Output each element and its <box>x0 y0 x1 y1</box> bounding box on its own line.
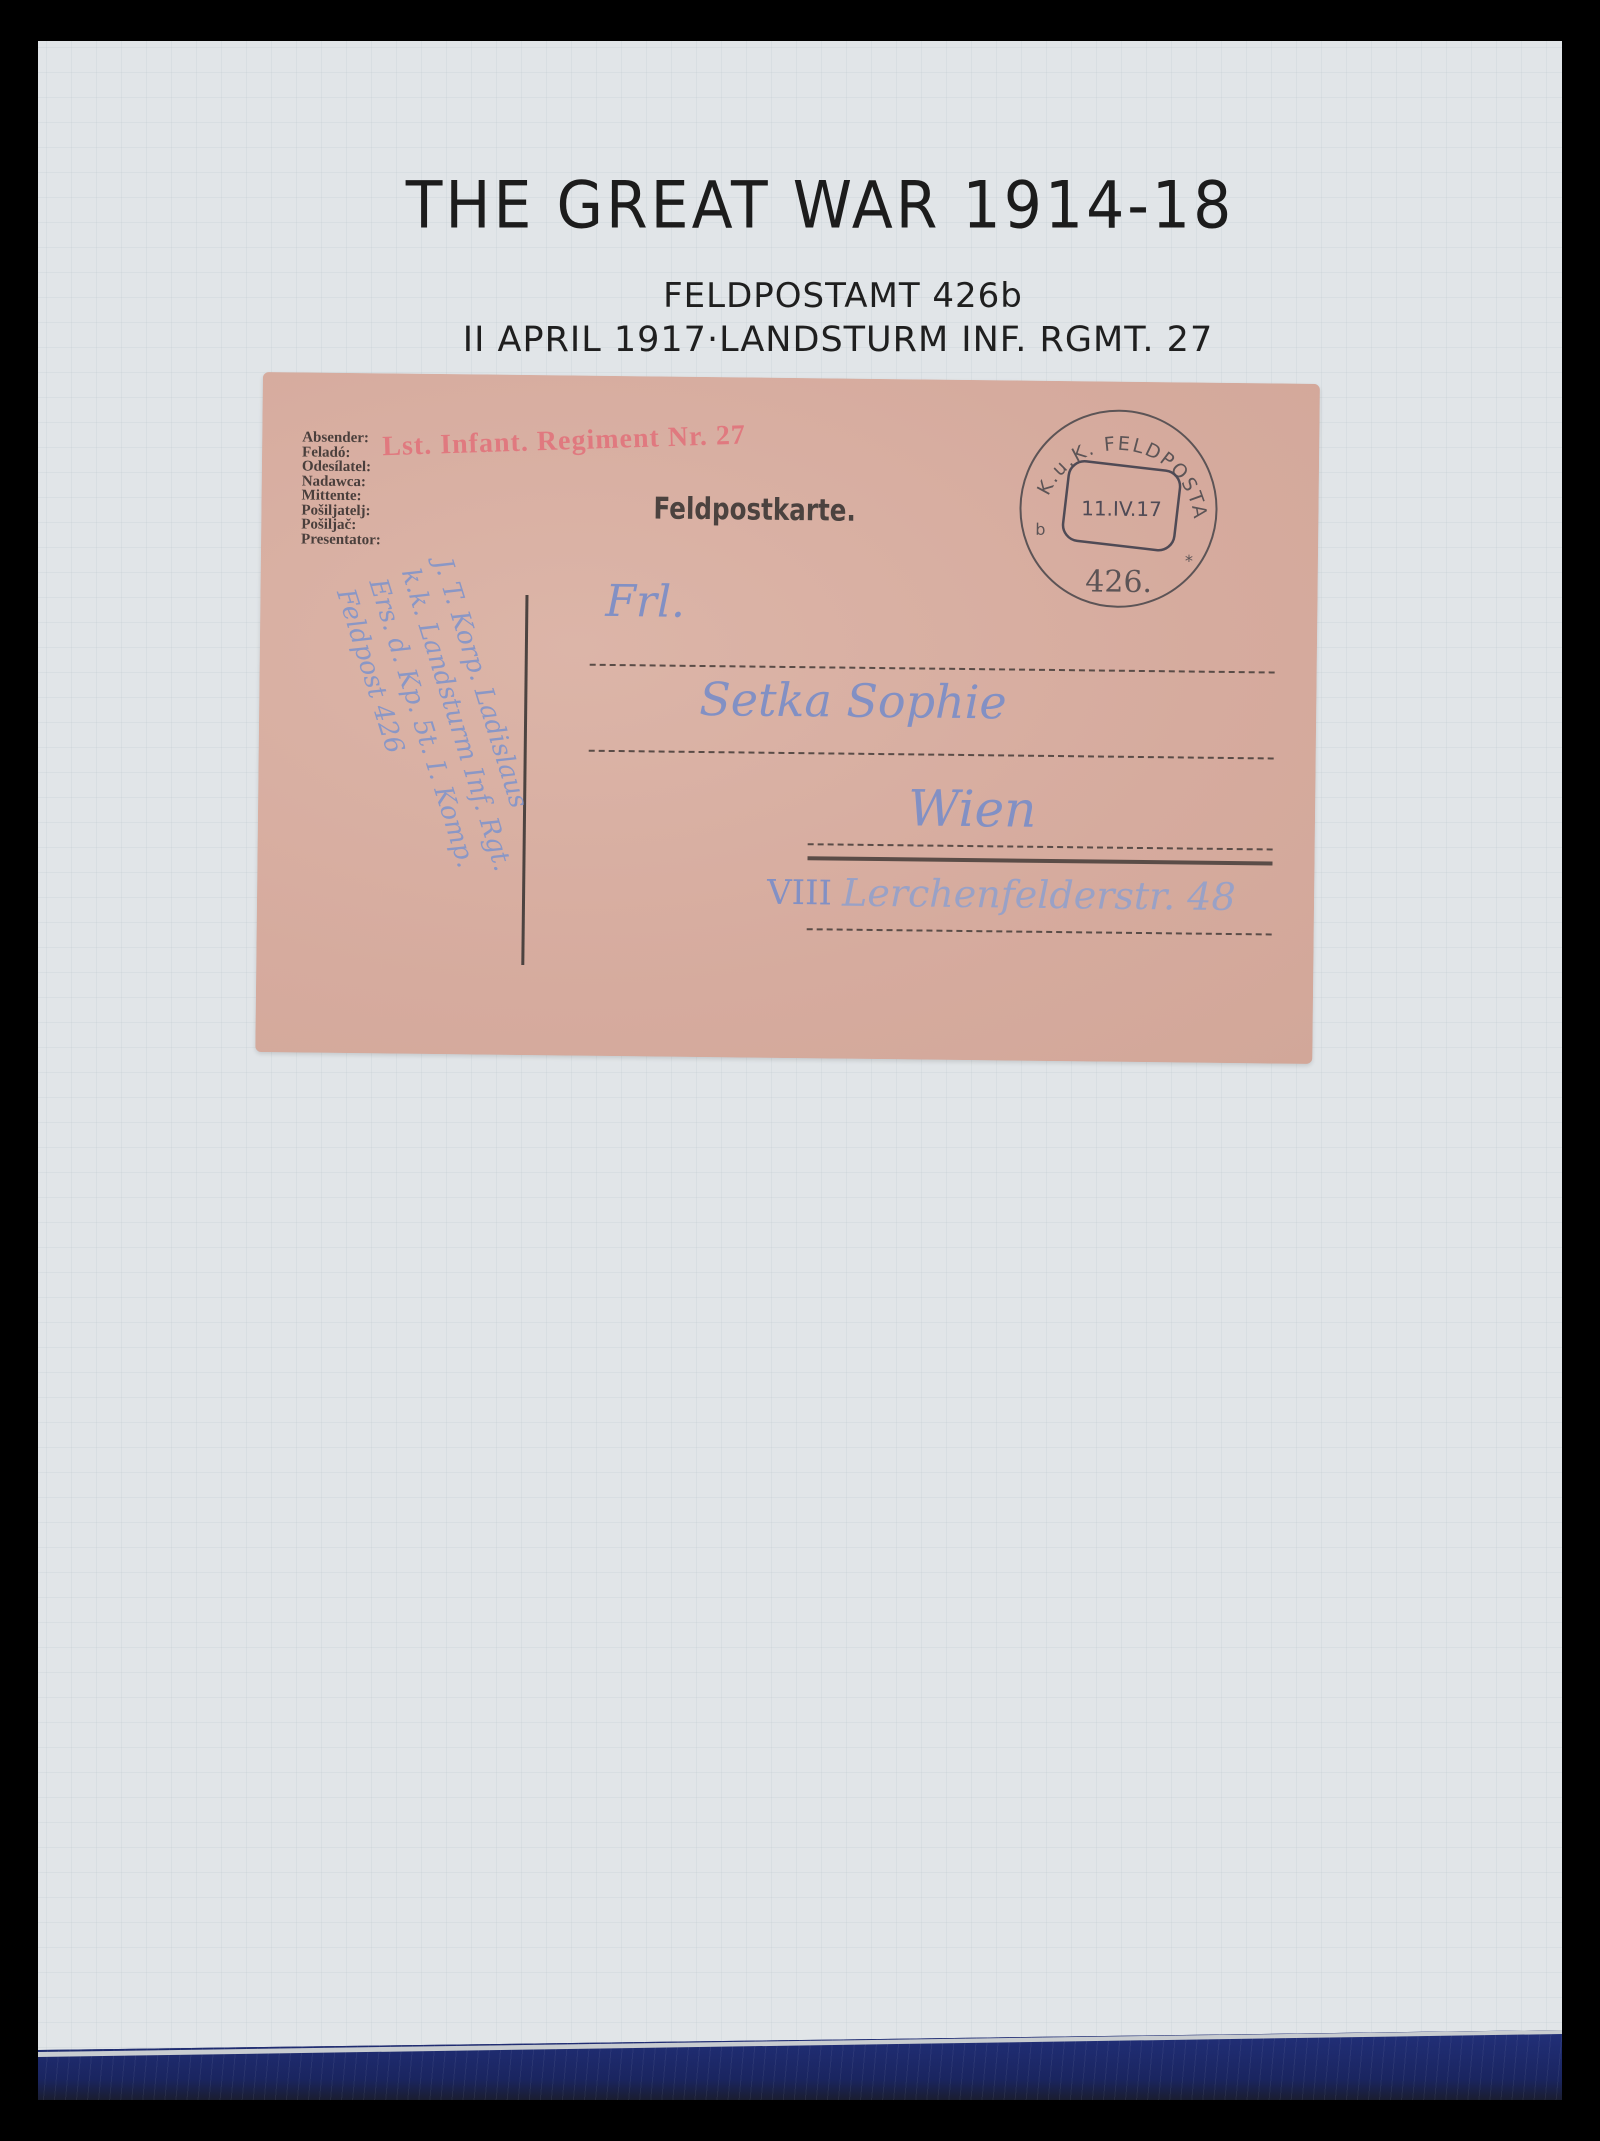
sender-label: Odesílatel: <box>302 459 382 474</box>
address-district: VIII <box>767 873 832 914</box>
regiment-stamp: Lst. Infant. Regiment Nr. 27 <box>382 420 747 464</box>
address-handwriting-line2: Setka Sophie <box>699 672 1007 729</box>
sender-label: Mittente: <box>302 488 382 503</box>
postmark-date: 11.IV.17 <box>1081 496 1162 521</box>
card-type-label: Feldpostkarte. <box>653 491 856 528</box>
page-subtitle-feldpostamt: FELDPOSTAMT 426b <box>81 276 1600 316</box>
address-handwriting-line4: Lerchenfelderstr. 48 <box>842 871 1236 919</box>
address-line <box>589 750 1274 762</box>
address-line <box>807 928 1272 937</box>
sender-label: Pošiljač: <box>301 517 381 532</box>
field-postcard: Absender: Feladó: Odesílatel: Nadawca: M… <box>255 372 1320 1064</box>
sender-label: Presentator: <box>301 532 381 547</box>
postmark-star: * <box>1185 551 1193 570</box>
postmark-number: 426. <box>1085 564 1152 600</box>
address-handwriting-line1: Frl. <box>605 576 685 628</box>
postmark-cancel-icon: K.u.K. FELDPOSTAMT 11.IV.17 b * 426. <box>1012 403 1224 615</box>
sender-label: Absender: <box>302 430 382 445</box>
sender-labels: Absender: Feladó: Odesílatel: Nadawca: M… <box>301 430 382 547</box>
album-page: THE GREAT WAR 1914-18 FELDPOSTAMT 426b I… <box>38 41 1562 2071</box>
page-title: THE GREAT WAR 1914-18 <box>58 168 1582 244</box>
address-underline <box>807 856 1272 865</box>
postmark-letter: b <box>1035 520 1045 539</box>
address-line <box>808 843 1273 852</box>
page-subtitle-date-regiment: II APRIL 1917·LANDSTURM INF. RGMT. 27 <box>76 320 1600 360</box>
address-handwriting-line3: Wien <box>908 779 1037 838</box>
